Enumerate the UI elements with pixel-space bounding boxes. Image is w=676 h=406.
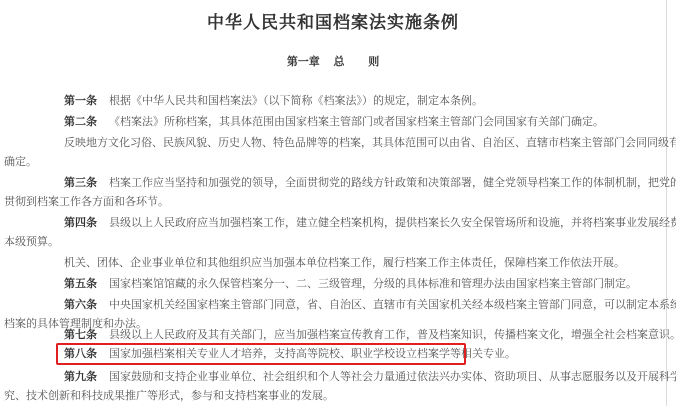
article-text: 中央国家机关经国家档案主管部门同意，省、自治区、直辖市有关国家机关经本级档案主管… <box>109 298 676 311</box>
chapter-name-2: 则 <box>368 55 379 68</box>
highlight-box-article-8 <box>56 343 466 365</box>
article-label: 第七条 <box>64 328 97 341</box>
document-page: 中华人民共和国档案法实施条例 第一章 总 则 第一条根据《中华人民共和国档案法》… <box>0 0 667 406</box>
paragraph-line: 机关、团体、企业事业单位和其他组织应当加强本单位档案工作，履行档案工作主体责任，… <box>8 252 628 274</box>
article-2: 第二条《档案法》所称档案，其具体范围由国家档案主管部门或者国家档案主管部门会同国… <box>8 111 628 133</box>
article-1: 第一条根据《中华人民共和国档案法》（以下简称《档案法》）的规定，制定本条例。 <box>8 90 628 112</box>
article-label: 第九条 <box>64 370 97 383</box>
article-label: 第五条 <box>64 277 97 290</box>
chapter-name-1: 总 <box>334 55 345 68</box>
paragraph-text: 本级预算。 <box>4 235 59 248</box>
article-5: 第五条国家档案馆馆藏的永久保管档案分一、二、三级管理，分级的具体标准和管理办法由… <box>8 273 628 295</box>
paragraph-text: 究、技术创新和科技成果推广等形式，参与和支持档案事业的发展。 <box>4 389 334 402</box>
article-text: 县级以上人民政府及其有关部门，应当加强档案宣传教育工作，普及档案知识，传播档案文… <box>109 328 676 341</box>
article-text: 《档案法》所称档案，其具体范围由国家档案主管部门或者国家档案主管部门会同国家有关… <box>109 115 604 128</box>
article-label: 第三条 <box>64 176 97 189</box>
article-label: 第六条 <box>64 298 97 311</box>
paragraph-line: 贯彻到档案工作各方面和各环节。 <box>4 191 624 213</box>
paragraph-text: 反映地方文化习俗、民族风貌、历史人物、特色品牌等的档案，其具体范围可以由省、自治… <box>64 136 676 149</box>
article-label: 第二条 <box>64 115 97 128</box>
document-title: 中华人民共和国档案法实施条例 <box>0 8 666 33</box>
chapter-number: 第一章 <box>287 55 320 68</box>
article-label: 第四条 <box>64 216 97 229</box>
paragraph-text: 贯彻到档案工作各方面和各环节。 <box>4 195 169 208</box>
paragraph-text: 机关、团体、企业事业单位和其他组织应当加强本单位档案工作，履行档案工作主体责任，… <box>64 256 625 269</box>
article-text: 县级以上人民政府应当加强档案工作，建立健全档案机构，提供档案长久安全保管场所和设… <box>109 216 676 229</box>
article-text: 根据《中华人民共和国档案法》（以下简称《档案法》）的规定，制定本条例。 <box>109 94 483 107</box>
article-label: 第一条 <box>64 94 97 107</box>
paragraph-text: 确定。 <box>4 155 37 168</box>
article-text: 档案工作应当坚持和加强党的领导，全面贯彻党的路线方针政策和决策部署，健全党领导档… <box>109 176 676 189</box>
chapter-heading: 第一章 总 则 <box>0 53 666 69</box>
paragraph-line: 确定。 <box>4 151 624 173</box>
paragraph-line: 本级预算。 <box>4 231 624 253</box>
article-text: 国家鼓励和支持企业事业单位、社会组织和个人等社会力量通过依法兴办实体、资助项目、… <box>109 370 676 383</box>
article-text: 国家档案馆馆藏的永久保管档案分一、二、三级管理，分级的具体标准和管理办法由国家档… <box>109 277 637 290</box>
paragraph-line: 究、技术创新和科技成果推广等形式，参与和支持档案事业的发展。 <box>4 385 624 406</box>
